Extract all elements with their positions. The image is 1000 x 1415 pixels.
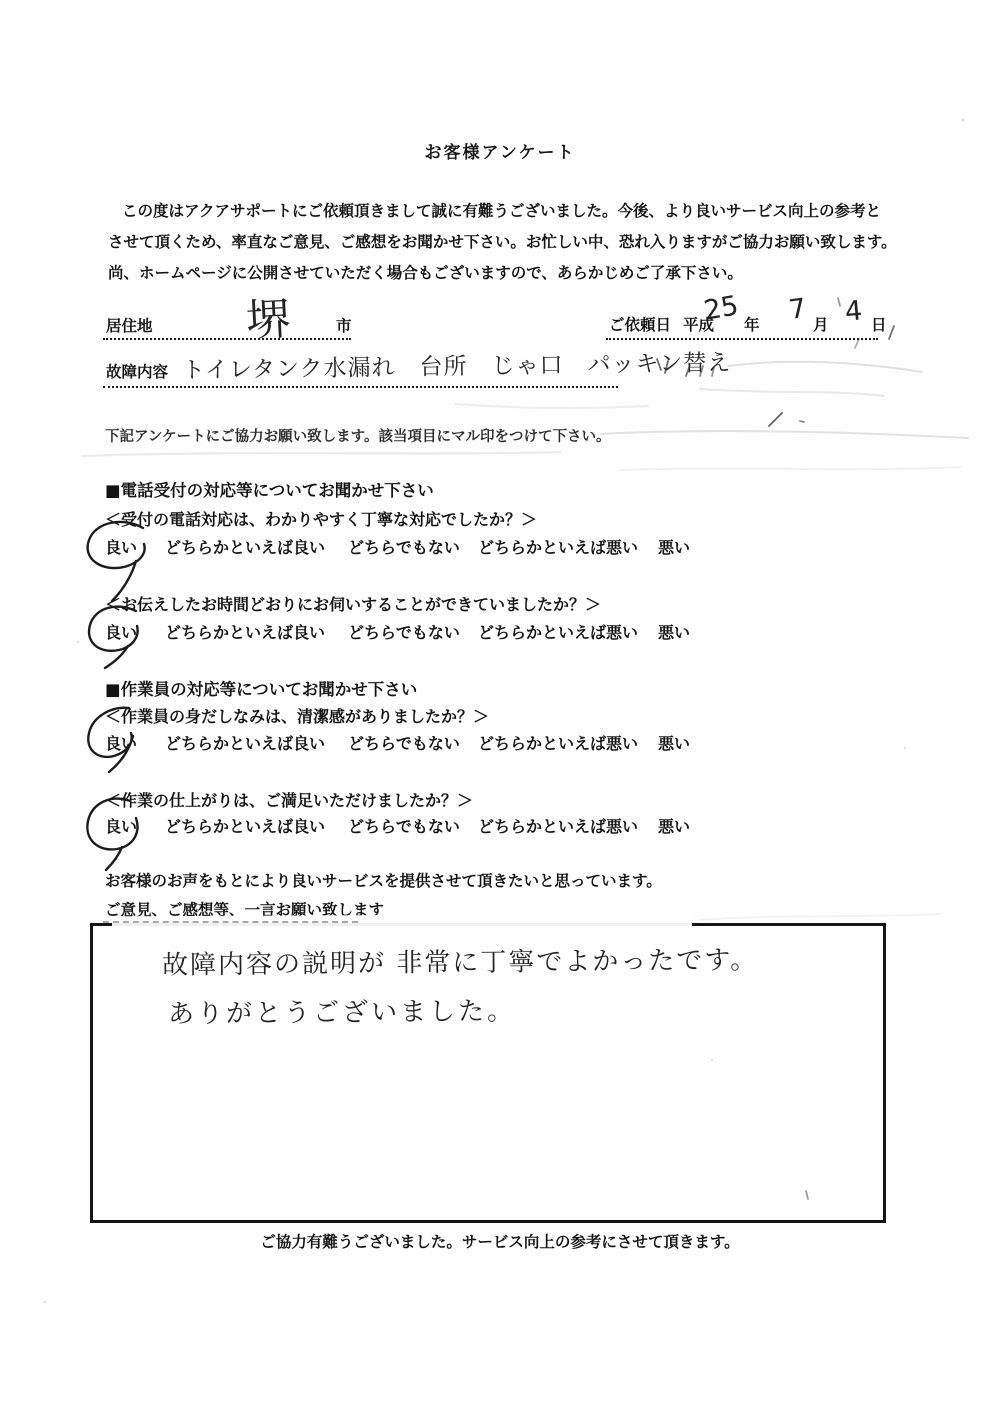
residence-suffix: 市	[336, 314, 352, 336]
question-2-prompt: ＜お伝えしたお時間どおりにお伺いすることができていましたか？＞	[105, 592, 601, 615]
option-rather-good: どちらかといえば良い	[165, 620, 325, 643]
day-suffix: 日	[871, 313, 887, 335]
option-good: 良い	[105, 620, 137, 643]
option-neutral: どちらでもない	[348, 535, 460, 558]
feedback-intro-line-1: お客様のお声をもとにより良いサービスを提供させて頂きたいと思っています。	[105, 869, 662, 891]
intro-line-1: この度はアクアサポートにご依頼頂きまして誠に有難うございました。今後、より良いサ…	[108, 196, 897, 227]
intro-line-2: させて頂くため、率直なご意見、ご感想をお聞かせ下さい。お忙しい中、恐れ入りますが…	[108, 227, 897, 258]
month-handwritten-value: 7	[787, 293, 808, 326]
year-handwritten-value: 25	[702, 290, 741, 326]
option-bad: 悪い	[658, 535, 690, 558]
comment-handwritten-line-1: 故障内容の説明が 非常に丁寧でよかったです。	[162, 939, 758, 981]
section-1-header: ■電話受付の対応等についてお聞かせ下さい	[105, 477, 434, 501]
question-4-options: 良い どちらかといえば良い どちらでもない どちらかといえば悪い 悪い	[105, 814, 745, 838]
scanned-survey-page: お客様アンケート この度はアクアサポートにご依頼頂きまして誠に有難うございました…	[0, 0, 1000, 1415]
fault-handwritten-value: トイレタンク水漏れ 台所 じゃ口 パッキン替え	[182, 344, 732, 385]
dashed-remnant-line	[103, 921, 358, 923]
option-neutral: どちらでもない	[348, 620, 460, 643]
footer-thanks: ご協力有難うございました。サービス向上の参考にさせて頂きます。	[0, 1230, 1000, 1252]
day-handwritten-value: 4	[844, 295, 864, 327]
option-rather-bad: どちらかといえば悪い	[478, 814, 638, 837]
option-bad: 悪い	[658, 731, 690, 754]
residence-label: 居住地	[106, 314, 153, 336]
question-2-options: 良い どちらかといえば良い どちらでもない どちらかといえば悪い 悪い	[105, 620, 745, 644]
selection-circle-q1	[88, 522, 145, 601]
option-bad: 悪い	[658, 620, 690, 643]
option-rather-good: どちらかといえば良い	[165, 814, 325, 837]
question-1-options: 良い どちらかといえば良い どちらでもない どちらかといえば悪い 悪い	[105, 535, 745, 559]
page-title: お客様アンケート	[0, 138, 1000, 163]
option-bad: 悪い	[658, 814, 690, 837]
intro-line-3: 尚、ホームページに公開させていただく場合もございますので、あらかじめご了承下さい…	[108, 258, 897, 289]
option-rather-bad: どちらかといえば悪い	[478, 535, 638, 558]
year-suffix: 年	[744, 313, 760, 335]
option-rather-good: どちらかといえば良い	[165, 535, 325, 558]
option-rather-bad: どちらかといえば悪い	[478, 620, 638, 643]
fault-label: 故障内容	[106, 360, 168, 382]
option-rather-bad: どちらかといえば悪い	[478, 731, 638, 754]
question-3-options: 良い どちらかといえば良い どちらでもない どちらかといえば悪い 悪い	[105, 731, 745, 755]
comment-handwritten-line-2: ありがとうございました。	[168, 990, 516, 1030]
option-good: 良い	[105, 535, 137, 558]
option-neutral: どちらでもない	[348, 814, 460, 837]
question-3-prompt: ＜作業員の身だしなみは、清潔感がありましたか？＞	[105, 704, 489, 727]
month-suffix: 月	[813, 313, 829, 335]
survey-instruction: 下記アンケートにご協力お願い致します。該当項目にマル印をつけて下さい。	[105, 425, 610, 446]
option-good: 良い	[105, 731, 137, 754]
option-neutral: どちらでもない	[348, 731, 460, 754]
question-4-prompt: ＜作業の仕上がりは、ご満足いただけましたか？＞	[105, 788, 473, 811]
residence-handwritten-value: 堺	[244, 283, 291, 349]
option-good: 良い	[105, 814, 137, 837]
request-date-label: ご依頼日	[609, 313, 671, 335]
intro-paragraph: この度はアクアサポートにご依頼頂きまして誠に有難うございました。今後、より良いサ…	[108, 196, 897, 289]
option-rather-good: どちらかといえば良い	[165, 731, 325, 754]
section-2-header: ■作業員の対応等についてお聞かせ下さい	[105, 676, 417, 700]
question-1-prompt: ＜受付の電話対応は、わかりやすく丁寧な対応でしたか？＞	[105, 507, 537, 530]
